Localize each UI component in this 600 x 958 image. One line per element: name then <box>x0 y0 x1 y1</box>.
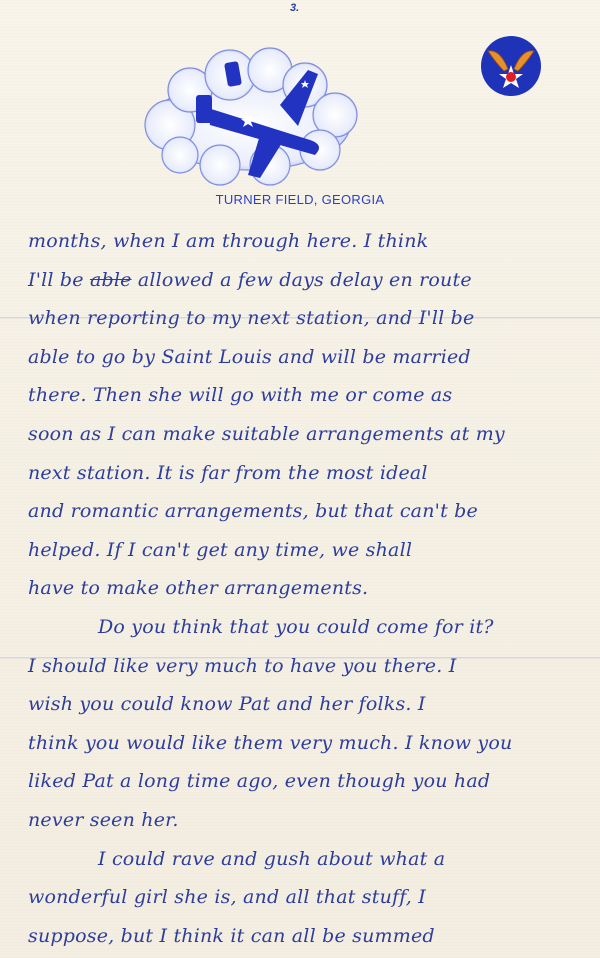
letter-line: able to go by Saint Louis and will be ma… <box>28 338 593 377</box>
letter-line: next station. It is far from the most id… <box>28 454 593 493</box>
letter-text: I'll be <box>28 269 90 291</box>
letter-line: there. Then she will go with me or come … <box>28 376 593 415</box>
letter-line: liked Pat a long time ago, even though y… <box>28 762 593 801</box>
page-number: 3. <box>290 2 299 14</box>
bomber-plane-in-clouds-icon <box>130 30 370 190</box>
letter-line: and romantic arrangements, but that can'… <box>28 492 593 531</box>
letter-line: helped. If I can't get any time, we shal… <box>28 531 593 570</box>
letter-line: when reporting to my next station, and I… <box>28 299 593 338</box>
letter-line: wish you could know Pat and her folks. I <box>28 685 593 724</box>
letter-line: months, when I am through here. I think <box>28 222 593 261</box>
letter-line: wonderful girl she is, and all that stuf… <box>28 878 593 917</box>
army-air-forces-insignia-icon <box>480 35 542 97</box>
letter-line: never seen her. <box>28 801 593 840</box>
letter-line: I should like very much to have you ther… <box>28 647 593 686</box>
letter-line-paragraph-start: Do you think that you could come for it? <box>28 608 593 647</box>
letterhead-location: TURNER FIELD, GEORGIA <box>150 192 450 207</box>
letter-line: suppose, but I think it can all be summe… <box>28 917 593 956</box>
letter-text: allowed a few days delay en route <box>132 269 472 291</box>
letter-line-paragraph-start: I could rave and gush about what a <box>28 840 593 879</box>
letter-line: have to make other arrangements. <box>28 569 593 608</box>
letter-line: think you would like them very much. I k… <box>28 724 593 763</box>
struck-through-word: able <box>90 269 132 291</box>
letter-page: 3. <box>0 0 600 958</box>
letter-line: I'll be able allowed a few days delay en… <box>28 261 593 300</box>
letterhead-illustration <box>130 30 370 190</box>
letter-line: soon as I can make suitable arrangements… <box>28 415 593 454</box>
handwritten-letter-body: months, when I am through here. I think … <box>28 222 593 955</box>
